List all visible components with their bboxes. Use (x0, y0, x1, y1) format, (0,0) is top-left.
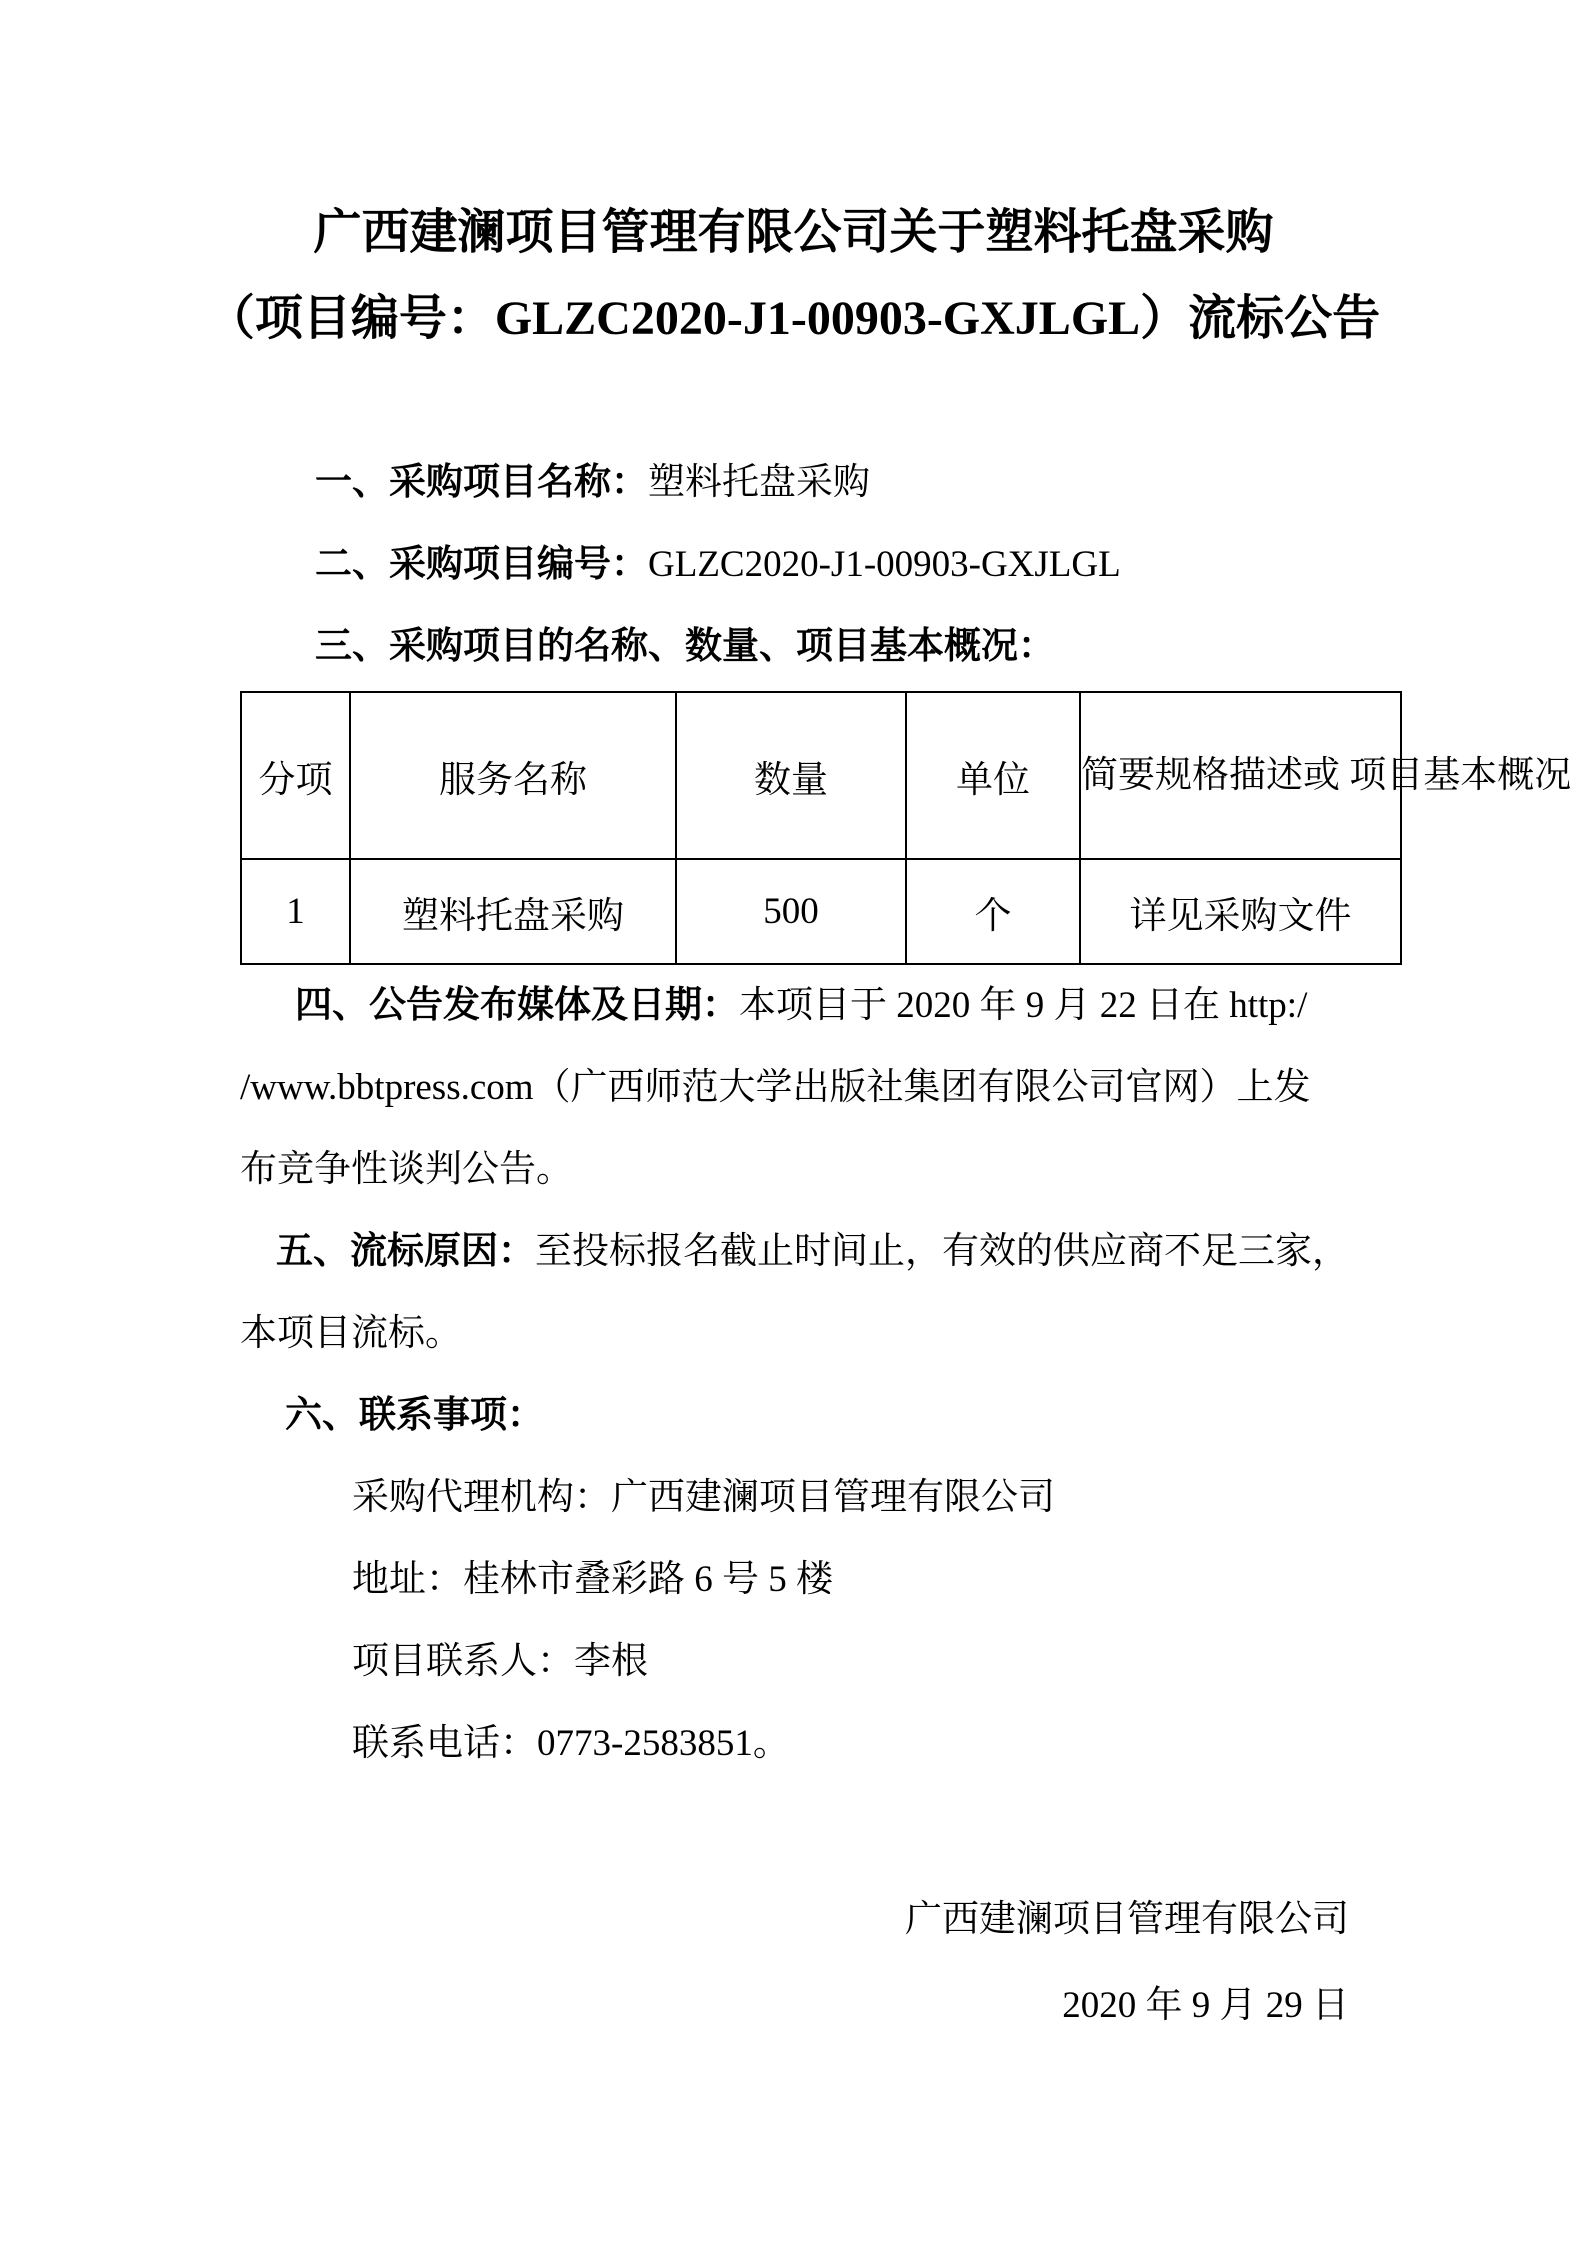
section-failure-reason-text-2: 本项目流标。 (240, 1293, 1402, 1375)
document-page: 广西建澜项目管理有限公司关于塑料托盘采购 （项目编号：GLZC2020-J1-0… (0, 0, 1587, 2245)
title-line-1: 广西建澜项目管理有限公司关于塑料托盘采购 (0, 190, 1587, 276)
section-announcement-media-text-1: 本项目于 2020 年 9 月 22 日在 http:/ (739, 985, 1307, 1026)
section-project-number-label: 二、采购项目编号： (315, 544, 648, 585)
table-row: 1 塑料托盘采购 500 个 详见采购文件 (241, 859, 1401, 964)
table-header-quantity: 数量 (676, 692, 906, 859)
table-cell-spec-overview: 详见采购文件 (1080, 859, 1401, 964)
contact-address: 地址：桂林市叠彩路 6 号 5 楼 (240, 1539, 1402, 1621)
section-failure-reason: 五、流标原因：至投标报名截止时间止，有效的供应商不足三家， (240, 1211, 1402, 1293)
table-cell-quantity: 500 (676, 859, 906, 964)
section-project-overview-label: 三、采购项目的名称、数量、项目基本概况： (315, 626, 1055, 667)
signature-company: 广西建澜项目管理有限公司 (240, 1877, 1349, 1963)
section-project-overview: 三、采购项目的名称、数量、项目基本概况： (240, 606, 1402, 688)
procurement-table: 分项 服务名称 数量 单位 简要规格描述或 项目基本概况 1 塑料托盘采购 50… (240, 691, 1402, 965)
section-failure-reason-text-1: 至投标报名截止时间止，有效的供应商不足三家， (535, 1231, 1349, 1272)
table-header-unit: 单位 (906, 692, 1080, 859)
section-project-number: 二、采购项目编号：GLZC2020-J1-00903-GXJLGL (240, 524, 1402, 606)
section-announcement-media-label: 四、公告发布媒体及日期： (295, 985, 739, 1026)
table-header-row: 分项 服务名称 数量 单位 简要规格描述或 项目基本概况 (241, 692, 1401, 859)
section-contact-matters: 六、联系事项： (240, 1375, 1402, 1457)
table-header-service-name: 服务名称 (350, 692, 676, 859)
section-project-name-value: 塑料托盘采购 (648, 462, 870, 503)
contact-agency: 采购代理机构：广西建澜项目管理有限公司 (240, 1457, 1402, 1539)
section-project-name-label: 一、采购项目名称： (315, 462, 648, 503)
signature-block: 广西建澜项目管理有限公司 2020 年 9 月 29 日 (240, 1877, 1402, 2049)
document-title: 广西建澜项目管理有限公司关于塑料托盘采购 （项目编号：GLZC2020-J1-0… (0, 190, 1587, 362)
table-header-spec-overview: 简要规格描述或 项目基本概况 (1080, 692, 1401, 859)
section-announcement-media-text-3: 布竞争性谈判公告。 (240, 1129, 1402, 1211)
section-project-number-value: GLZC2020-J1-00903-GXJLGL (648, 544, 1121, 585)
section-announcement-media-text-2: /www.bbtpress.com（广西师范大学出版社集团有限公司官网）上发 (240, 1047, 1402, 1129)
contact-phone: 联系电话：0773-2583851。 (240, 1703, 1402, 1785)
table-cell-unit: 个 (906, 859, 1080, 964)
section-project-name: 一、采购项目名称：塑料托盘采购 (240, 442, 1402, 524)
section-failure-reason-label: 五、流标原因： (276, 1231, 535, 1272)
signature-date: 2020 年 9 月 29 日 (240, 1963, 1349, 2049)
table-header-item-no: 分项 (241, 692, 350, 859)
section-announcement-media: 四、公告发布媒体及日期：本项目于 2020 年 9 月 22 日在 http:/ (240, 965, 1402, 1047)
contact-person: 项目联系人：李根 (240, 1621, 1402, 1703)
table-cell-service-name: 塑料托盘采购 (350, 859, 676, 964)
section-contact-matters-label: 六、联系事项： (285, 1395, 544, 1436)
document-body: 一、采购项目名称：塑料托盘采购 二、采购项目编号：GLZC2020-J1-009… (240, 442, 1402, 2049)
table-cell-item-no: 1 (241, 859, 350, 964)
title-line-2: （项目编号：GLZC2020-J1-00903-GXJLGL）流标公告 (0, 276, 1587, 362)
